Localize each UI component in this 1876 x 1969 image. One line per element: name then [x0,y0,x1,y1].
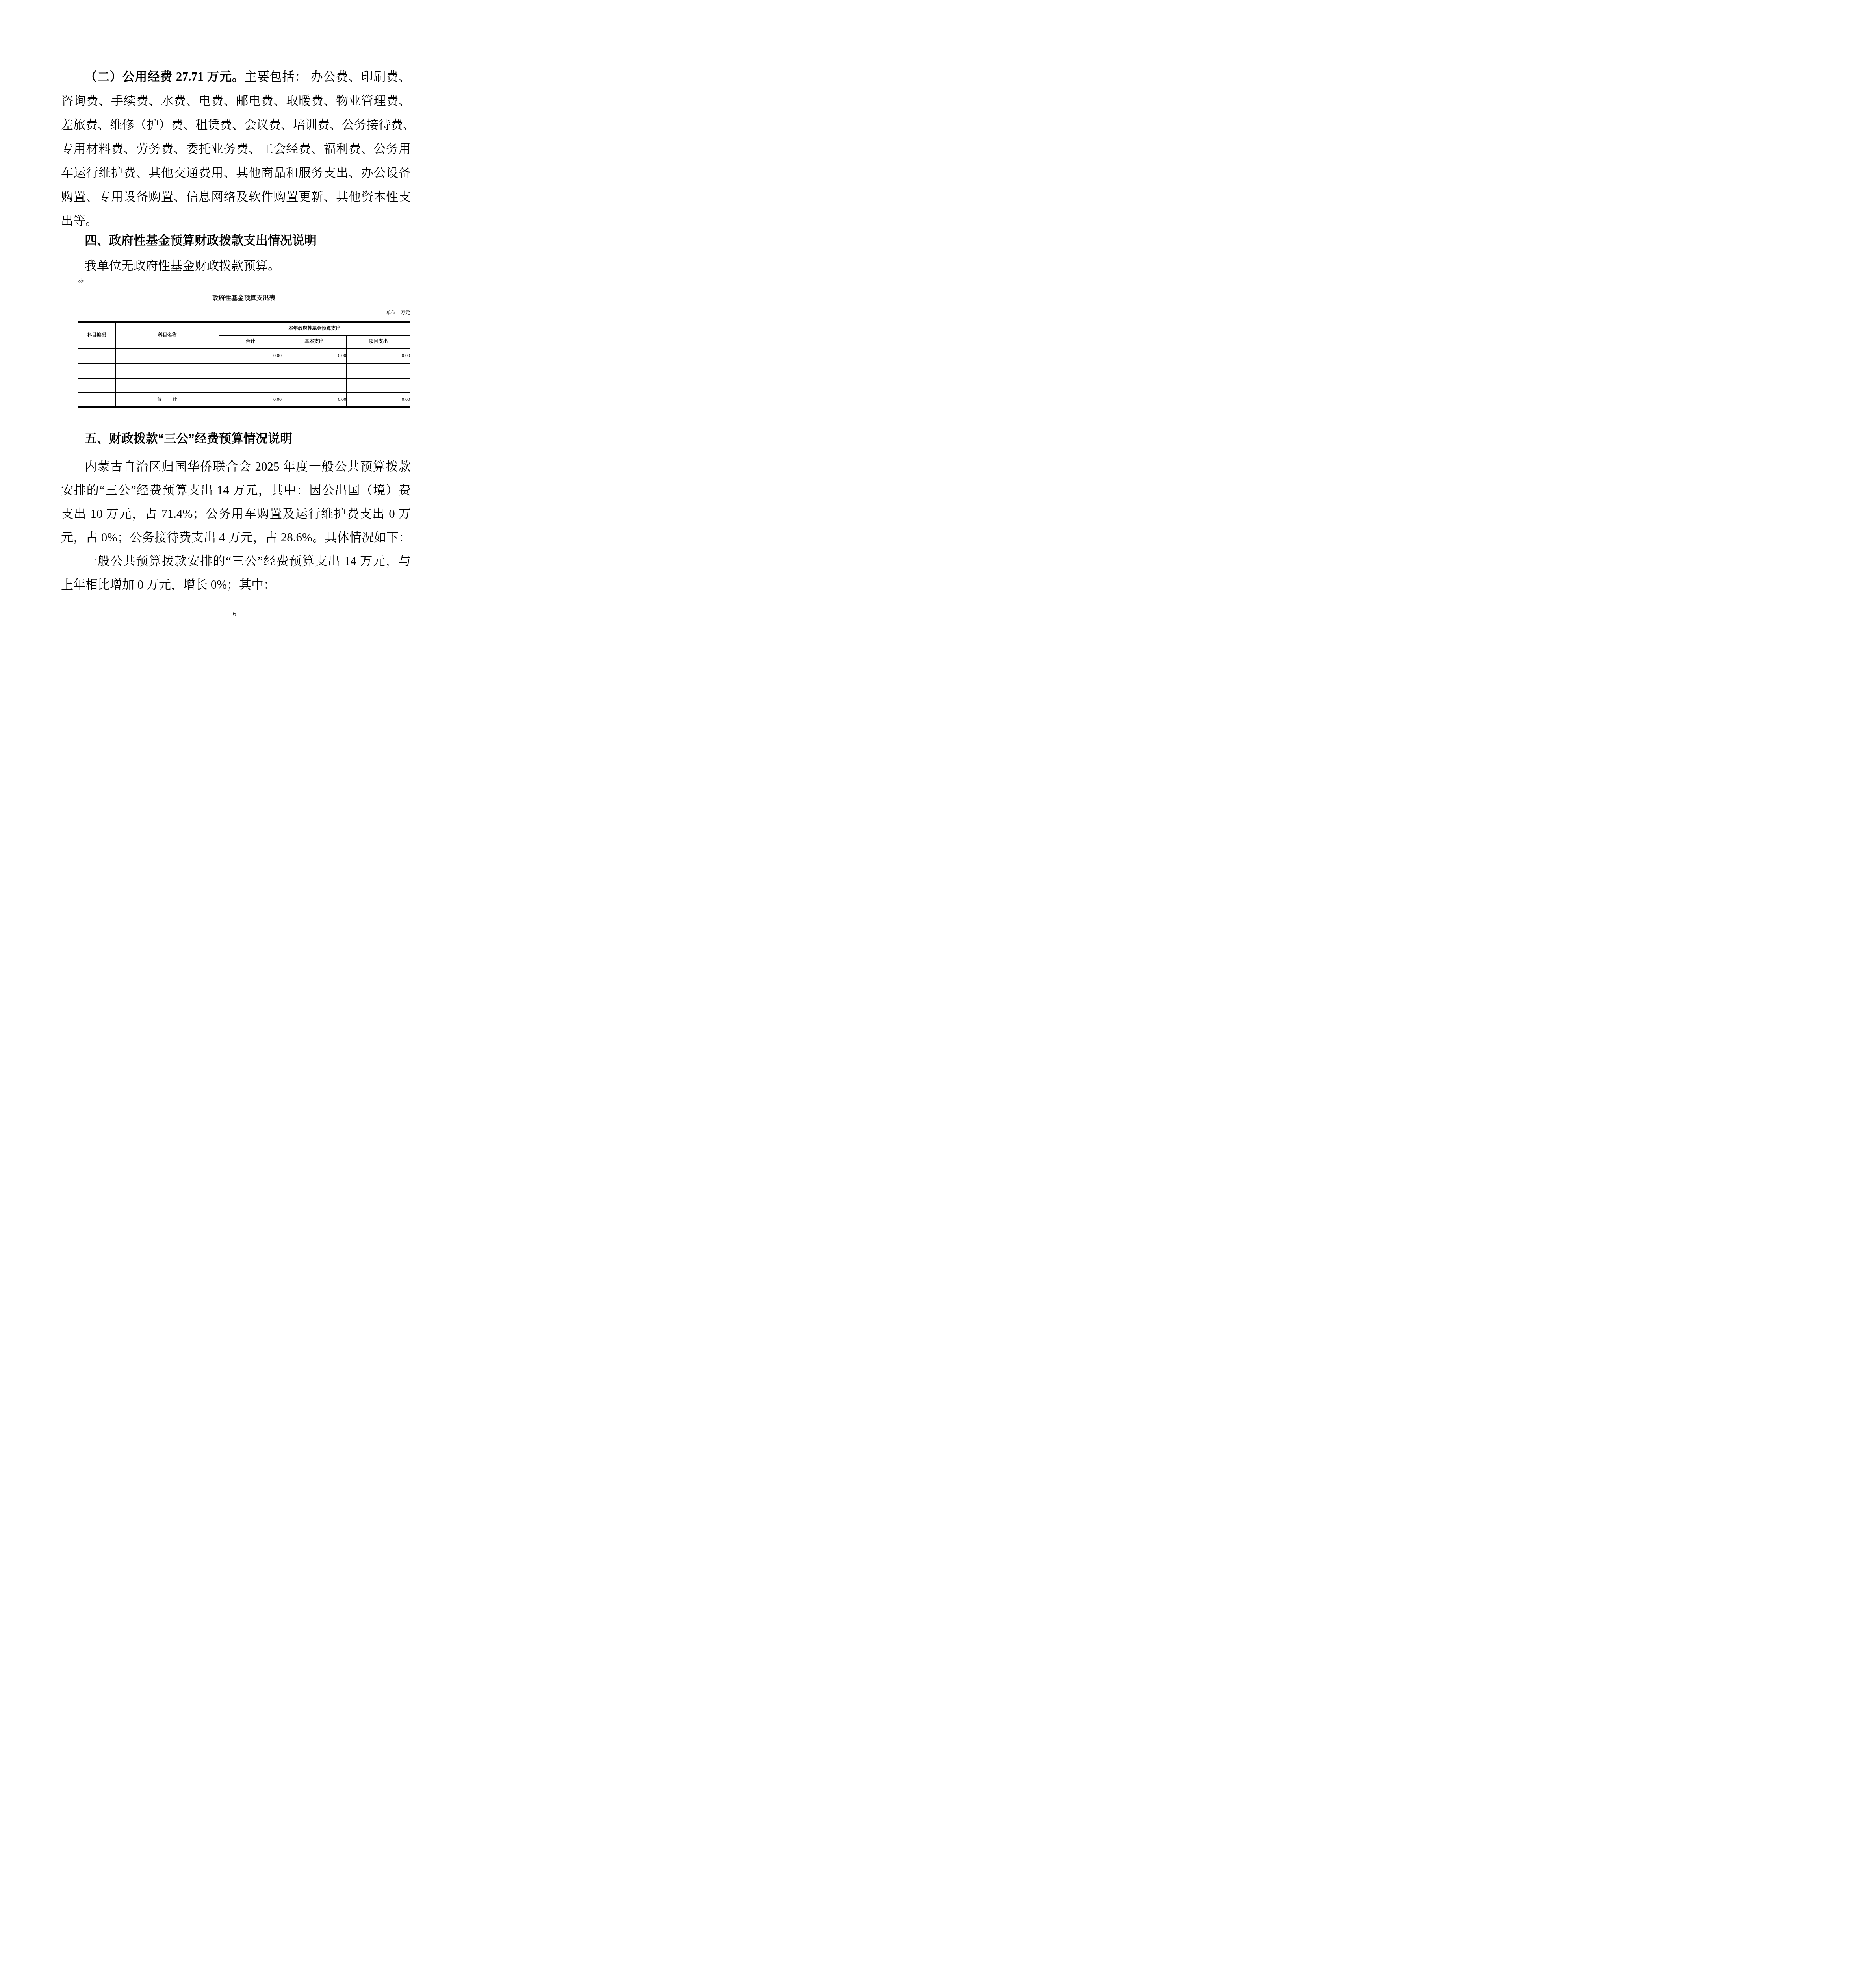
document-page: （二）公用经费 27.71 万元。主要包括： 办公费、印刷费、 咨询费、手续费、… [0,0,469,663]
cell-name [116,348,219,363]
paragraph-text: 主要包括： 办公费、印刷费、 [245,70,411,83]
table-title: 政府性基金预算支出表 [78,295,410,302]
cell-name [116,363,219,378]
paragraph-line: 上年相比增加 0 万元，增长 0%；其中： [61,573,411,597]
cell-basic: 0.00 [282,348,347,363]
unit-note: 单位：万元 [78,310,410,316]
header-cell-project: 项目支出 [347,335,410,348]
paragraph-line: 专用材料费、劳务费、委托业务费、工会经费、福利费、公务用 [61,137,411,161]
cell-basic: 0.00 [282,393,347,407]
section4-paragraph: 我单位无政府性基金财政拨款预算。 [61,254,411,278]
cell-basic [282,378,347,393]
paragraph-line: 我单位无政府性基金财政拨款预算。 [61,254,411,278]
cell-project [347,363,410,378]
paragraph-line: 车运行维护费、其他交通费用、其他商品和服务支出、办公设备 [61,161,411,185]
cell-project: 0.00 [347,393,410,407]
table-total-row: 合 计 0.00 0.00 0.00 [78,393,410,407]
paragraph-line: 支出 10 万元，占 71.4%；公务用车购置及运行维护费支出 0 万 [61,502,411,526]
cell-name-total-label: 合 计 [116,393,219,407]
cell-project: 0.00 [347,348,410,363]
cell-name [116,378,219,393]
budget-table: 科目编码 科目名称 本年政府性基金预算支出 合计 基本支出 项目支出 0.00 … [78,321,410,408]
paragraph-line: （二）公用经费 27.71 万元。主要包括： 办公费、印刷费、 [61,65,411,89]
cell-code [78,393,116,407]
cell-project [347,378,410,393]
header-cell-subject-code: 科目编码 [78,322,116,348]
cell-code [78,348,116,363]
section4-heading: 四、政府性基金预算财政拨款支出情况说明 [61,228,411,252]
cell-total: 0.00 [219,393,282,407]
paragraph-line: 购置、专用设备购置、信息网络及软件购置更新、其他资本性支 [61,185,411,209]
page-number: 6 [0,610,469,618]
public-expense-paragraph: （二）公用经费 27.71 万元。主要包括： 办公费、印刷费、 咨询费、手续费、… [61,65,411,233]
cell-code [78,378,116,393]
table-row [78,378,410,393]
paragraph-line: 咨询费、手续费、水费、电费、邮电费、取暖费、物业管理费、 [61,89,411,113]
header-cell-basic: 基本支出 [282,335,347,348]
cell-total: 0.00 [219,348,282,363]
header-cell-subject-name: 科目名称 [116,322,219,348]
table-row [78,363,410,378]
cell-basic [282,363,347,378]
header-cell-span: 本年政府性基金预算支出 [219,322,410,335]
cell-total [219,378,282,393]
paragraph-line: 安排的“三公”经费预算支出 14 万元，其中：因公出国（境）费 [61,478,411,502]
paragraph-line: 元，占 0%；公务接待费支出 4 万元，占 28.6%。具体情况如下： [61,526,411,549]
table-row: 0.00 0.00 0.00 [78,348,410,363]
header-cell-total: 合计 [219,335,282,348]
paragraph-line: 内蒙古自治区归国华侨联合会 2025 年度一般公共预算拨款 [61,455,411,478]
bold-lead-text: （二）公用经费 27.71 万元。 [85,70,245,83]
cell-total [219,363,282,378]
paragraph-line: 差旅费、维修（护）费、租赁费、会议费、培训费、公务接待费、 [61,113,411,137]
section5-heading: 五、财政拨款“三公”经费预算情况说明 [61,426,411,451]
three-public-expense-paragraph: 内蒙古自治区归国华侨联合会 2025 年度一般公共预算拨款 安排的“三公”经费预… [61,455,411,597]
paragraph-line: 一般公共预算拨款安排的“三公”经费预算支出 14 万元，与 [61,549,411,573]
table8-label: 表8 [78,278,84,284]
cell-code [78,363,116,378]
table-header-row: 科目编码 科目名称 本年政府性基金预算支出 [78,322,410,335]
